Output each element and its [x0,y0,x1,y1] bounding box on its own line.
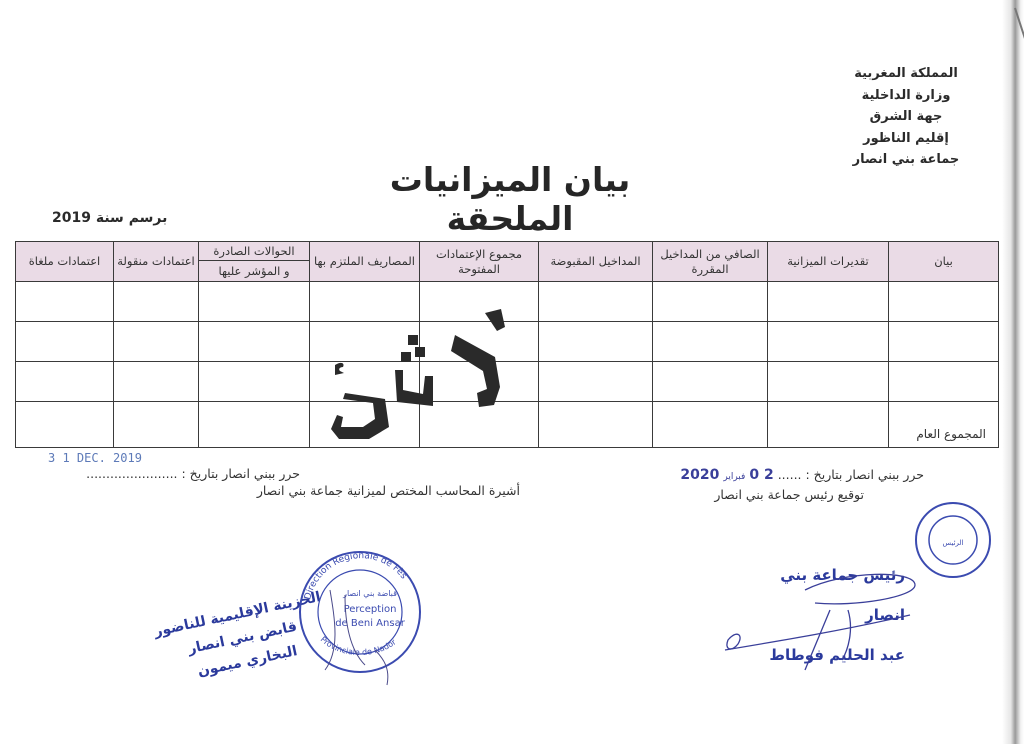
table-cell [768,282,889,322]
table-cell [16,322,114,362]
svg-text:de Beni Ansar: de Beni Ansar [335,618,406,629]
table-cell [768,322,889,362]
president-title: رئيس جماعة بني انصار [745,555,905,635]
president-date-prefix: حرر ببني انصار بتاريخ : ...... [778,467,924,482]
table-cell [420,362,539,402]
svg-text:Perception: Perception [344,604,397,615]
president-stamp-text: رئيس جماعة بني انصار عبد الحليم فوطاط [745,555,905,675]
table-cell [114,322,199,362]
table-cell [310,362,420,402]
table-cell [653,282,768,322]
table-cell [539,362,653,402]
table-row-total: المجموع العام [16,402,999,448]
table-cell [199,402,310,448]
col-header-total-open-credits: مجموع الإعتمادات المفتوحة [420,242,539,282]
table-cell [114,402,199,448]
handwritten-month: فبراير [723,472,745,482]
table-cell [16,402,114,448]
handwritten-year: 2020 [680,467,719,483]
col-header-transferred-credits: اعتمادات منقولة [114,242,199,282]
treasurer-stamp-text: الخزينة الإقليمية للناضور قابض بني انصار… [145,584,341,693]
table-cell [199,282,310,322]
col-header-issued-transfers: الحوالات الصادرة [199,242,310,261]
accountant-endorsement: 3 1 DEC. 2019 حرر ببني انصار بتاريخ : ..… [20,450,520,499]
col-header-collected-revenue: المداخيل المقبوضة [539,242,653,282]
header-line-commune: جماعة بني انصار [826,149,986,171]
col-header-net-revenue: الصافي من المداخيل المقررة [653,242,768,282]
table-row [16,322,999,362]
table-cell [889,362,999,402]
table-cell [199,322,310,362]
commune-round-stamp: الرئيس [916,503,990,577]
col-header-cancelled-credits: اعتمادات ملغاة [16,242,114,282]
header-line-ministry: وزارة الداخلية [826,85,986,107]
received-date-stamp: 3 1 DEC. 2019 [48,450,142,467]
accountant-visa-label: أشيرة المحاسب المختص لميزانية جماعة بني … [20,482,520,499]
table-cell [768,402,889,448]
table-cell [310,322,420,362]
issuer-header: المملكة المغربية وزارة الداخلية جهة الشر… [826,63,986,171]
accountant-date-line: حرر ببني انصار بتاريخ : ................… [20,465,520,482]
col-header-statement: بيان [889,242,999,282]
table-cell [420,322,539,362]
header-line-province: إقليم الناظور [826,128,986,150]
table-cell [539,402,653,448]
president-name: عبد الحليم فوطاط [745,635,905,675]
handwritten-day: 2 0 [749,467,773,483]
table-cell [310,402,420,448]
page-edge-shadow [1002,0,1024,744]
president-date-line: حرر ببني انصار بتاريخ : ...... 2 0 فبراي… [584,466,924,486]
budget-table: بيان تقديرات الميزانية الصافي من المداخي… [15,241,999,448]
header-line-region: جهة الشرق [826,106,986,128]
table-cell [653,402,768,448]
svg-text:الرئيس: الرئيس [943,539,964,547]
table-cell [889,282,999,322]
president-signature-block: حرر ببني انصار بتاريخ : ...... 2 0 فبراي… [584,466,924,503]
table-row [16,282,999,322]
table-cell [889,322,999,362]
svg-text:قباضة بني انصار: قباضة بني انصار [342,589,397,598]
table-cell [653,362,768,402]
table-cell [16,362,114,402]
table-cell [653,322,768,362]
table-cell [199,362,310,402]
table-cell [114,362,199,402]
col-subheader-endorsed: و المؤشر عليها [199,261,310,282]
grand-total-label: المجموع العام [889,402,999,448]
table-row [16,362,999,402]
table-cell [310,282,420,322]
table-cell [539,322,653,362]
table-cell [768,362,889,402]
document-title: بيان الميزانيات الملحقة [340,160,680,238]
table-cell [539,282,653,322]
table-cell [420,282,539,322]
col-header-budget-estimates: تقديرات الميزانية [768,242,889,282]
header-line-kingdom: المملكة المغربية [826,63,986,85]
table-cell [16,282,114,322]
table-cell [114,282,199,322]
table-cell [420,402,539,448]
col-header-committed-expenses: المصاريف الملتزم بها [310,242,420,282]
fiscal-year-label: برسم سنة 2019 [52,210,167,226]
president-signature-label: توقيع رئيس جماعة بني انصار [584,486,924,503]
